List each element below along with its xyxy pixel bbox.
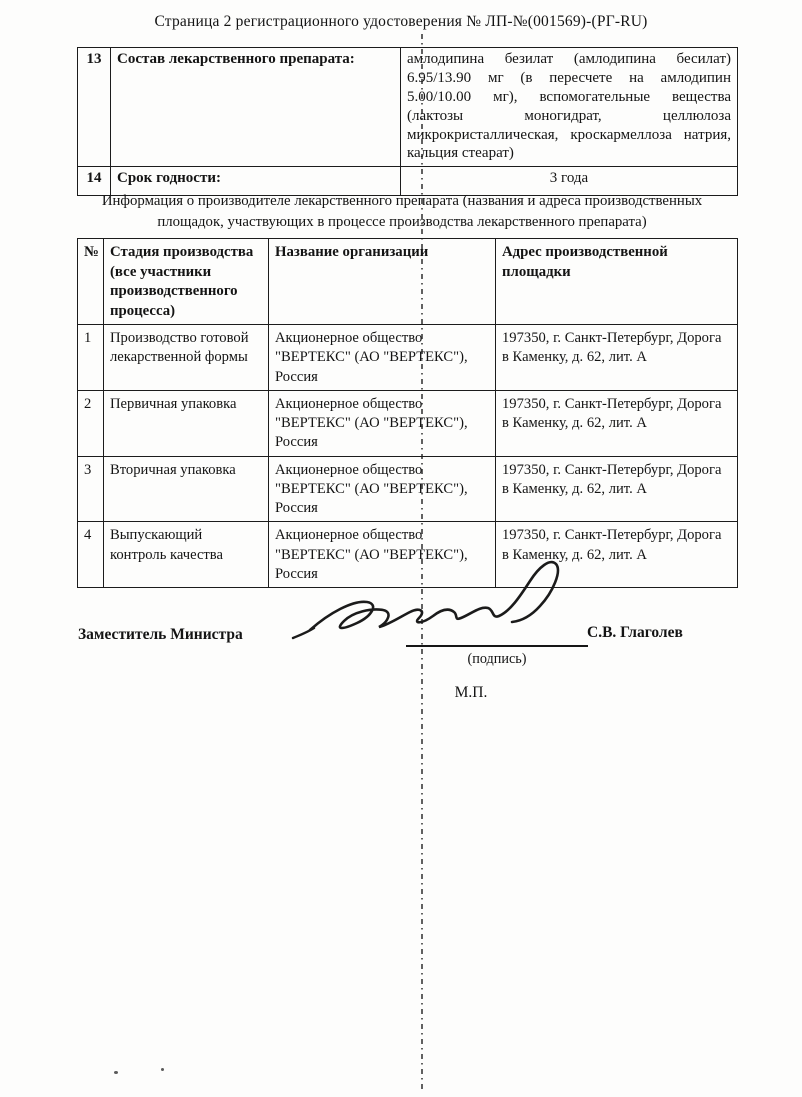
document-page: Страница 2 регистрационного удостоверени… <box>0 0 802 1097</box>
scan-speck <box>161 1068 164 1071</box>
cell-stage: Первичная упаковка <box>104 390 269 456</box>
cell-stage: Выпускающий контроль качества <box>104 522 269 588</box>
cell-number: 1 <box>78 325 104 391</box>
signatory-name: С.В. Глаголев <box>587 624 683 642</box>
cell-organization: Акционерное общество "ВЕРТЕКС" (АО "ВЕРТ… <box>269 522 496 588</box>
column-header-address: Адрес производственной площадки <box>496 239 738 325</box>
signature-line <box>406 645 588 647</box>
properties-table: 13 Состав лекарственного препарата: амло… <box>77 47 738 196</box>
table-row-composition: 13 Состав лекарственного препарата: амло… <box>78 48 738 167</box>
cell-organization: Акционерное общество "ВЕРТЕКС" (АО "ВЕРТ… <box>269 390 496 456</box>
column-header-number: № <box>78 239 104 325</box>
seal-placeholder: М.П. <box>426 684 516 702</box>
table-header-row: № Стадия производства (все участники про… <box>78 239 738 325</box>
cell-address: 197350, г. Санкт-Петербург, Дорога в Кам… <box>496 456 738 522</box>
cell-address: 197350, г. Санкт-Петербург, Дорога в Кам… <box>496 522 738 588</box>
row-value: амлодипина безилат (амлодипина бесилат) … <box>401 48 738 167</box>
row-number: 13 <box>78 48 111 167</box>
cell-stage: Производство готовой лекарственной формы <box>104 325 269 391</box>
signature-caption: (подпись) <box>406 651 588 668</box>
cell-address: 197350, г. Санкт-Петербург, Дорога в Кам… <box>496 390 738 456</box>
manufacturer-info-intro: Информация о производителе лекарственног… <box>69 191 735 232</box>
row-label: Состав лекарственного препарата: <box>111 48 401 167</box>
table-row: 3 Вторичная упаковка Акционерное обществ… <box>78 456 738 522</box>
table-row: 4 Выпускающий контроль качества Акционер… <box>78 522 738 588</box>
table-row: 1 Производство готовой лекарственной фор… <box>78 325 738 391</box>
cell-number: 2 <box>78 390 104 456</box>
cell-address: 197350, г. Санкт-Петербург, Дорога в Кам… <box>496 325 738 391</box>
manufacturing-sites-table: № Стадия производства (все участники про… <box>77 238 738 588</box>
scan-speck <box>114 1071 118 1074</box>
cell-organization: Акционерное общество "ВЕРТЕКС" (АО "ВЕРТ… <box>269 325 496 391</box>
signatory-position-title: Заместитель Министра <box>78 626 243 644</box>
column-header-organization: Название организации <box>269 239 496 325</box>
cell-stage: Вторичная упаковка <box>104 456 269 522</box>
page-header-text: Страница 2 регистрационного удостоверени… <box>0 13 802 31</box>
column-header-stage: Стадия производства (все участники произ… <box>104 239 269 325</box>
cell-organization: Акционерное общество "ВЕРТЕКС" (АО "ВЕРТ… <box>269 456 496 522</box>
cell-number: 4 <box>78 522 104 588</box>
table-row: 2 Первичная упаковка Акционерное обществ… <box>78 390 738 456</box>
cell-number: 3 <box>78 456 104 522</box>
